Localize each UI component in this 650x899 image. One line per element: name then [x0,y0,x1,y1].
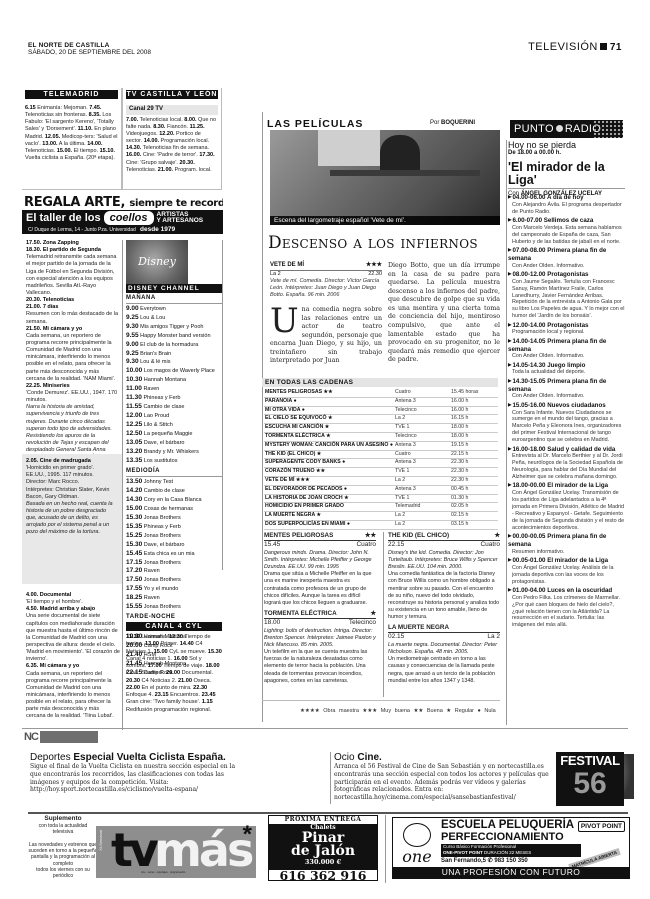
disney-schedule: MAÑANA9.00 Everytown9.25 Lou & Lou9.30 M… [126,295,222,678]
review-body: Un mediometraje centrado en torno a las … [388,656,500,685]
program-title: 22.25. Miniseries [26,383,120,390]
radio-item[interactable]: 12.00-14.00 ProtagonistasProgramación lo… [508,322,625,337]
program: En el punto de mira. [140,685,193,691]
program: Cambio de clase [142,404,185,410]
schedule-row: 15.55 Jonas Brothers [126,603,222,612]
program: Lou & Lou [139,315,166,321]
table-row[interactable]: LA MUERTE NEGRA ★La 202.15 h [264,512,498,521]
time: 18.00 h [450,432,498,441]
program: Jonas Brothers [142,604,181,610]
table-row[interactable]: ESCUCHA MI CANCIÓN ★TVE 118.00 h [264,424,498,433]
table-row[interactable]: DOS SUPERPOLICÍAS EN MIAMI ●La 203.15 h [264,520,498,529]
schedule-row: 13.20 Brandy y Mr. Whiskers [126,448,222,457]
radio-item-title: 6.00-07.00 Sellimos de caza [508,217,625,225]
table-row[interactable]: THE KID (EL CHICO) ★Cuatro22.15 h [264,450,498,459]
radio-item-desc: Con Ángel González Ucelay. Transmisión d… [508,490,625,531]
time: 11.00 [126,385,142,392]
channel: Antena 3 [394,397,450,406]
program: Hannah Montana [142,377,186,383]
program: Cory en la Casa Blanca [142,497,201,503]
time: 18.00 [206,663,220,669]
time: 22.15 h [450,450,498,459]
reviews-left: MENTES PELIGROSAS★★15.45CuatroDangerous … [264,532,376,685]
escuela-l2: PERFECCIONAMIENTO [441,831,564,843]
section-header: TELEVISIÓN71 [528,40,622,55]
film-title: MI OTRA VIDA ● [264,406,394,415]
table-row[interactable]: VETE DE MÍ ★★★La 222.30 h [264,476,498,485]
table-row[interactable]: EL DEVORADOR DE PECADOS ●Antena 300.45 h [264,485,498,494]
festival-word: FESTIVAL [556,754,624,768]
program-title: 6.35. Mi cámara y yo [26,663,120,670]
band-2: ONE-PIVOT POINT [443,850,483,855]
radio-item[interactable]: 00.05-01.00 El mirador de la LigaCon Áng… [508,557,625,585]
film-title: DOS SUPERPOLICÍAS EN MIAMI ● [264,520,394,529]
time: 21.00. [158,167,173,173]
program: Canal 4 noticias 1. [126,656,174,662]
time: 7.00. [126,117,138,123]
time: 16.15 h [450,415,498,424]
ad-line: El taller de los [26,211,101,225]
channel: TVE 1 [394,424,450,433]
time: 15.00. [57,148,72,154]
program: Cosas de hermanas [142,506,193,512]
nortecastilla-bar[interactable]: NCNORTECASTILLA.ES [22,731,98,743]
radio-item-desc: Resumen informativo. [508,549,625,556]
radio-item[interactable]: 16.00-18.00 Salud y calidad de vidaEntre… [508,446,625,481]
program-title: 4.50. Madrid arriba y abajo [26,606,120,613]
band-3: DURACIÓN 22 MESES [484,850,531,855]
radio-item-desc: Con Pedro Filka. Los crímenes de Marmell… [508,595,625,630]
punto-radio-logo: PUNTORADIO [510,120,623,138]
time: 11.55 [126,403,142,410]
channel: La 2 [394,415,450,424]
telemadrid-late-box: 2.05. Cine de madrugada 'Homicidio en pr… [22,454,122,584]
time: 17.50 [126,576,142,583]
review-credits: Lighting: bolts of destruction. Intriga.… [264,628,376,649]
all-channels-table: MENTES PELIGROSAS ★★Cuatro15.45 horasPAR… [264,389,498,530]
schedule-row: 12.50 La pequeña Maggie [126,430,222,439]
tvmas-side: XLSemanal [98,830,103,851]
radio-item[interactable]: 6.00-07.00 Sellimos de cazaCon Marcelo V… [508,217,625,245]
telemadrid-schedule-night: 4.00. Documental'El tiempo y el hombre'.… [26,592,120,721]
supl-sub: con toda la actualidad televisiva [39,823,88,835]
radio-item[interactable]: 14.30-15.05 Primera plana fin de semanaC… [508,378,625,400]
review-meta: 02.15La 2 [388,633,500,642]
review-header: TORMENTA ELÉCTRICA★ [264,610,376,619]
time: 13.20 [126,448,142,455]
time: 11.10. [78,126,93,132]
film-info: VETE DE MÍ★★★ La 222.30 Vete de mí. Come… [270,262,382,299]
radio-item-title: 08.00-12.00 Protagonistas [508,271,625,279]
program: Videojuegos. [126,131,159,137]
ad-tvmas[interactable]: XLSemanal tv más * cine · series · repor… [96,826,256,878]
schedule-row: 11.00 Raven [126,385,222,394]
time: 13.50 [126,478,142,485]
schedule-row: 12.00 Lao Proud [126,412,222,421]
review-rating: ★★ [365,532,376,540]
disney-logo: Disney [126,240,188,284]
table-row[interactable]: CORAZÓN TRUENO ★★TVE 122.30 h [264,468,498,477]
schedule-row: 15.25 Jonas Brothers [126,532,222,541]
channel: La 2 [394,520,450,529]
table-row[interactable]: MYSTERY WOMAN: CANCIÓN PARA UN ASESINO ●… [264,441,498,450]
radio-item-desc: Con Jaume Segalés. Tertulia con Francesc… [508,279,625,320]
program: Documental. [180,670,213,676]
time: 16.00 h [450,397,498,406]
channel: La 2 [394,476,450,485]
radio-time: De 18.00 a 00.00 h. [508,150,625,158]
program: Mis amigos Tigger y Pooh [139,324,204,330]
program: Los magos de Waverly Place [142,368,215,374]
program: El tiempo. [72,148,100,154]
time: 8.35. [89,112,101,118]
rating-legend: ★★★★ Obra maestra ★★★ Muy buena ★★ Buena… [300,708,496,715]
radio-tagline: Hoy no se pierda [508,140,625,150]
escuela-address: San Fernando,5 ✆ 983 150 350 [441,858,528,866]
radio-item[interactable]: 15.05-16.00 Nuevos ciudadanosCon Sara In… [508,402,625,444]
program: Telenoticias sin fronteras. [25,112,89,118]
paper-name: EL NORTE DE CASTILLA [28,42,110,49]
time: 17.30. [199,152,214,158]
program: Redifusión programación regional. [126,707,211,713]
film-title: ESCUCHA MI CANCIÓN ★ [264,424,394,433]
review-title: TORMENTA ELÉCTRICA [264,610,337,618]
channel: Telecinco [394,406,450,415]
time: 13.00. [42,141,57,147]
late-title: 2.05. Cine de madrugada [26,458,91,464]
time: 15.45 horas [450,389,498,397]
time: 8.30. [153,124,165,130]
film-title: VETE DE MÍ ★★★ [264,476,394,485]
review-body: Un telefilm en la que se cuenta muestra … [264,649,376,685]
program-desc: Cada semana, un reportero de programa re… [26,333,120,383]
film-title: PARANOIA ● [264,397,394,406]
time: 03.15 h [450,520,498,529]
supl-foot: todos los viernes con su periódico [36,867,90,879]
radio-item[interactable]: 14.00-14.05 Primera plana fin de semanaC… [508,338,625,360]
program: Primer. [159,641,180,647]
ad-pinar-jalon[interactable]: PRÓXIMA ENTREGA Chalets Pinar de Jalón 3… [268,815,378,881]
program: C4 Noticias 2. [140,678,178,684]
radio-item-title: 18.00-00.00 El mirador de la Liga [508,482,625,490]
review-header: THE KID (EL CHICO)★ [388,532,500,541]
program-desc: Telemadrid retransmite cada semana el me… [26,254,120,297]
channel-subtitle: Canal 29 TV [126,105,218,115]
radio-item-desc: Con Ander Olden. Informativo. [508,353,625,360]
time: 17.15 [126,559,142,566]
program: Telenoticias local. [138,117,184,123]
promo-cine[interactable]: Ocio Cine. Arranca el 56 Festival de Cin… [334,752,552,802]
review-header: MENTES PELIGROSAS★★ [264,532,376,541]
time: 14.30. [126,145,141,151]
review-time: 18.00 [264,619,280,628]
time: 9.00 [126,305,139,312]
radio-item-desc: Toda la actualidad del deporte. [508,369,625,376]
review-credits: La muerte negra. Documental. Director: P… [388,642,500,656]
schedule-row: 18.25 Raven [126,594,222,603]
table-row[interactable]: HOMICIDIO EN PRIMER GRADOTelemadrid02.05… [264,503,498,512]
review-body: Una comedia fantástica de la factoría Di… [388,571,500,621]
dot-icon [556,125,563,132]
radio-item-desc: Con Ander Olden. Informativo. [508,393,625,400]
channel-title-tvcyl: TV CASTILLA Y LEÓN [126,90,218,99]
tvcyl-schedule: 7.00. Telenoticias local. 8.00. Que no f… [123,117,221,174]
program: Telenoticias fin de semana. [141,145,209,151]
program: Jonas Brothers [142,577,181,583]
time: 9.25 [126,350,139,357]
time: 20.30 [126,678,140,684]
time: 12.05. [45,134,60,140]
table-row[interactable]: PARANOIA ●Antena 316.00 h [264,397,498,406]
program: El club de la hormadura [139,342,199,348]
radio-item-desc: Con Alejandro Ávila. El programa despert… [508,202,625,216]
film-title: HOMICIDIO EN PRIMER GRADO [264,503,394,512]
time: 12.00 [126,412,142,419]
review-time: 15.45 [264,541,280,550]
channel-title-disney: DISNEY CHANNEL [126,284,222,293]
schedule-row: 13.35 Los sustitutos [126,457,222,466]
program: Telenoticias. [126,167,158,173]
time: 17.55 [126,585,142,592]
channel: TVE 1 [394,494,450,503]
program: Encuentros. [169,692,202,698]
time: 12.30 [169,634,183,640]
program-title: 21.50. Mi cámara y yo [26,326,120,333]
table-row[interactable]: SUPERAGENTE CODY BANKS ●Antena 322.30 h [264,459,498,468]
schedule-row: 10.00 Los magos de Waverly Place [126,367,222,376]
table-row[interactable]: LA HISTORIA DE JOAN CROCH ★TVE 101.30 h [264,494,498,503]
time: 15.00 [126,505,142,512]
pinar-name-2: de Jalón [269,845,377,858]
program-desc: Cada semana, un reportero del programa r… [26,671,120,721]
schedule-row: 13.05 Dave, el bárbaro [126,439,222,448]
schedule-row: 9.30 Mis amigos Tigger y Pooh [126,323,222,332]
section-name: TELEVISIÓN [528,41,598,53]
program: Enfoque 4. [126,692,155,698]
time: 18.00 h [450,424,498,433]
table-row[interactable]: EL CIELO SE EQUIVOCÓ ★La 216.15 h [264,415,498,424]
reviews-right: THE KID (EL CHICO)★22.15CuatroDisney's t… [388,532,500,685]
time: 15.00 [154,649,168,655]
program: Programación local. [159,138,209,144]
film-title: MENTES PELIGROSAS ★★ [264,389,394,397]
schedule-row: 10.30 Hannah Montana [126,376,222,385]
film-title: VETE DE MÍ [270,262,304,270]
film-time: 22.30 [368,271,382,278]
review-time: 02.15 [388,633,404,642]
program: Dave, el bárbaro [142,542,184,548]
time: 8.00. [184,117,196,123]
radio-item[interactable]: 18.00-00.00 El mirador de la LigaCon Áng… [508,482,625,531]
film-title: LA HISTORIA DE JOAN CROCH ★ [264,494,394,503]
program: Jonas Brothers [142,533,181,539]
program: Esta chica es un mia [142,551,194,557]
ad-tag-2: Y ARTESANOS [157,217,204,224]
radio-item[interactable]: 04.00-06.00 A día de hoyCon Alejandro Áv… [508,194,625,216]
channel: Cuatro [394,450,450,459]
channel: Cuatro [394,389,450,397]
time: 9.25 [126,314,139,321]
radio-item-title: 04.00-06.00 A día de hoy [508,194,625,202]
late-synopsis: Basada en un hecho real, cuenta la histo… [26,501,113,536]
program-title: 4.00. Documental [26,592,120,599]
channel: Antena 3 [394,485,450,494]
program: CyL se mueve. [168,649,208,655]
radio-item-title: 07.00-08.00 Primera plana fin de semana [508,247,625,263]
time: 9.30 [126,323,139,330]
schedule-row: 15.30 Dave, el bárbaro [126,541,222,550]
film-title: SUPERAGENTE CODY BANKS ● [264,459,394,468]
ad-regala-arte[interactable]: REGALA ARTE, siempre te recordarán El ta… [22,196,223,234]
program-title: 20.30. Telenoticias [26,297,120,304]
program: Phineas y Ferb [142,395,181,401]
pinar-top: PRÓXIMA ENTREGA [269,816,377,824]
program: Cine: 'Padre de terror'. [141,152,199,158]
program: Johnny Test [142,479,173,485]
brand-left: PUNTO [514,123,554,135]
program: A la última. [58,141,88,147]
schedule-row: 15.35 Phineas y Ferb [126,523,222,532]
program: Program. local. [173,167,212,173]
program: Jonas Brothers [142,515,181,521]
article-col-1: Una comedia negra sobre las relaciones e… [270,306,382,366]
time: 13.35 [126,457,142,464]
schedule-row: 15.00 Cosas de hermanas [126,505,222,514]
program: Oseca. [192,678,211,684]
review-credits: Dangerous minds. Drama. Director: John N… [264,550,376,571]
radio-item[interactable]: 07.00-08.00 Primera plana fin de semanaC… [508,247,625,269]
radio-item-title: 16.00-18.00 Salud y calidad de vida [508,446,625,454]
program: Enimanía: Mejoman. [36,105,90,111]
festival-number: 56 [556,768,624,800]
film-rating: ★★★ [366,262,382,270]
review-title: THE KID (EL CHICO) [388,532,449,540]
review-channel: Cuatro [480,541,500,550]
promo-body: Arranca el 56 Festival de Cine de San Se… [334,763,552,802]
program: La pequeña Maggie [142,431,192,437]
radio-item[interactable]: 14.05-14.30 Juego limpioToda la actualid… [508,362,625,377]
time: 12.25 [126,421,142,428]
time: 9.55 [126,332,139,339]
detail-line: Director: Marc Rocco. [26,479,118,486]
channel: TVE 1 [394,468,450,477]
review-rating: ★ [494,532,500,540]
time: 13.05 [126,439,142,446]
radio-item[interactable]: 00.00-00.05 Primera plana fin de semanaR… [508,533,625,555]
film-title: LA MUERTE NEGRA ★ [264,512,394,521]
pivot-point-logo: PIVOT POINT [578,821,625,832]
channel: Telemadrid [394,503,450,512]
time: 19.15 h [450,441,498,450]
program-desc: Resumen con lo más destacado de la seman… [26,311,120,325]
review-credits: Disney's the kid. Comedia. Director: Jon… [388,550,500,571]
time: 14.30 [126,496,142,503]
radio-item-title: 00.00-00.05 Primera plana fin de semana [508,533,625,549]
program: Lilo & Stitch [142,422,173,428]
time: 15.35 [126,523,142,530]
film-channel: La 2 [270,271,281,278]
review-header: LA MUERTE NEGRA [388,624,500,633]
time: 23.15 [155,692,169,698]
film-photo[interactable]: Escena del largometraje español 'Vete de… [270,130,500,225]
disney-column: Disney DISNEY CHANNEL MAÑANA9.00 Everyto… [126,240,222,678]
canal4-column: CANAL 4 CYL 11.30 Luzimaría. 12.30 Tiemp… [126,622,222,714]
time: 14.00. [144,138,159,144]
detail-line: Intérpretes: Christian Slater, Kevin Bac… [26,487,118,501]
review-body: Drama que sitúa a Michelle Pfeiffer en l… [264,571,376,607]
promo-vuelta[interactable]: Deportes Especial Vuelta Ciclista España… [30,752,240,794]
time: 22.30 h [450,476,498,485]
program: Telenoticias. [25,148,57,154]
time: 1.15 [202,699,213,705]
review: TORMENTA ELÉCTRICA★18.00TelecincoLightin… [264,610,376,685]
ad-address: C/ Duque de Lerma, 14 - Junto Pza. Unive… [28,227,136,233]
review-channel: Telecinco [349,619,376,628]
tvcyl-box: TV CASTILLA Y LEÓN Canal 29 TV 7.00. Tel… [122,88,222,190]
film-title: MYSTERY WOMAN: CANCIÓN PARA UN ASESINO ● [264,441,394,450]
asterisk-icon: * [243,820,252,851]
time: 14.40 [180,641,194,647]
time: 10.30 [126,376,142,383]
channel: Telecinco [394,432,450,441]
time: 16.00. [126,152,141,158]
logo-text: one [402,847,431,866]
program: Phineas y Ferb [142,524,181,530]
film-title: EL CIELO SE EQUIVOCÓ ★ [264,415,394,424]
time: 10.00 [126,367,142,374]
program: Everytown [139,306,166,312]
radio-item-desc: Con Ángel González Ucelay. Análisis de l… [508,565,625,586]
table-row[interactable]: MI OTRA VIDA ●Telecinco16.00 h [264,406,498,415]
telemadrid-box: TELEMADRID 6.15 Enimanía: Mejoman. 7.45.… [22,88,122,190]
escuela-l1: ESCUELA PELUQUERÍA [441,819,574,831]
ad-escuela-peluqueria[interactable]: onepeluquerías ESCUELA PELUQUERÍA PERFEC… [392,817,630,879]
radio-item-title: 15.05-16.00 Nuevos ciudadanos [508,402,625,410]
ad-since: desde 1979 [140,226,175,233]
radio-item[interactable]: 01.00-04.00 Luces en la oscuridadCon Ped… [508,587,625,629]
radio-item-desc: Con Ander Olden. Informativo. [508,263,625,270]
program: Happy Monster band versión [139,333,211,339]
table-row[interactable]: MENTES PELIGROSAS ★★Cuatro15.45 horas [264,389,498,397]
schedule-row: 11.55 Cambio de clase [126,403,222,412]
schedule-row: 15.30 Jonas Brothers [126,514,222,523]
time: 11.30 [126,634,140,640]
radio-item[interactable]: 08.00-12.00 ProtagonistasCon Jaume Segal… [508,271,625,320]
time: 6.15 [25,105,36,111]
canal4-schedule: 11.30 Luzimaría. 12.30 Tiempo de terrina… [126,634,222,714]
time: 16.00 h [450,406,498,415]
table-row[interactable]: TORMENTA ELÉCTRICA ★Telecinco18.00 h [264,432,498,441]
program-title: 17.50. Zona Zapping [26,240,120,247]
schedule-section: MEDIODÍA [126,468,222,477]
schedule-row: 15.45 Esta chica es un mia [126,550,222,559]
time: 22.30 h [450,459,498,468]
schedule-row: 17.55 Yo y el mundo [126,585,222,594]
program: Raven [142,595,159,601]
time: 11.30 [126,394,142,401]
article-headline: Descenso a los infiernos [268,234,502,252]
program: Brian's Brain [139,351,172,357]
program-desc: Una serie documental de siete capítulos … [26,613,120,663]
film-title: CORAZÓN TRUENO ★★ [264,468,394,477]
escuela-foot: UNA PROFESIÓN CON FUTURO [393,867,629,878]
time: 15.30 [126,514,142,521]
radio-item-title: 12.00-14.00 Protagonistas [508,322,625,330]
telemadrid-schedule-evening: 17.50. Zona Zapping18.30. El partido de … [26,240,120,483]
review-title: MENTES PELIGROSAS [264,532,333,540]
radio-item-title: 14.00-14.05 Primera plana fin de semana [508,338,625,354]
masthead: EL NORTE DE CASTILLA SÁBADO, 20 DE SEPTI… [28,42,151,56]
